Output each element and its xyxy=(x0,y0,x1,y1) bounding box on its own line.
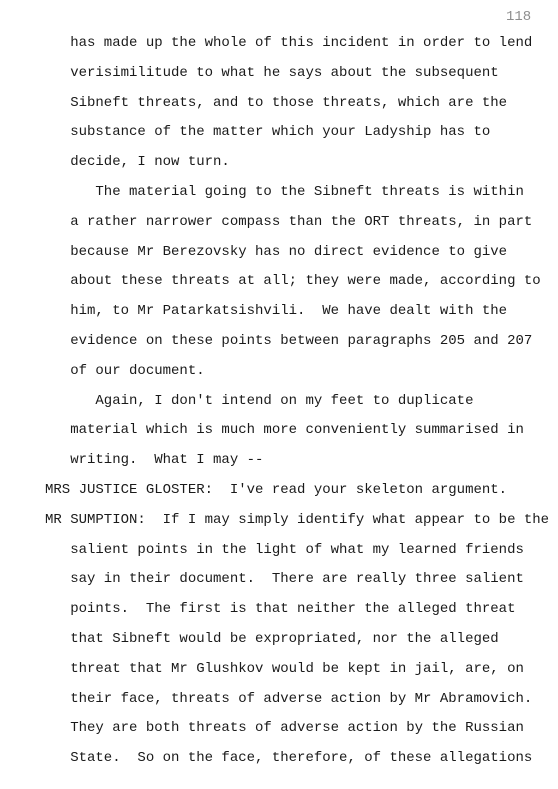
transcript-line: material which is much more conveniently… xyxy=(45,416,549,446)
transcript-line: salient points in the light of what my l… xyxy=(45,536,549,566)
transcript-line: They are both threats of adverse action … xyxy=(45,714,549,744)
transcript-line: because Mr Berezovsky has no direct evid… xyxy=(45,238,549,268)
transcript-line: a rather narrower compass than the ORT t… xyxy=(45,208,549,238)
transcript-line: their face, threats of adverse action by… xyxy=(45,685,549,715)
transcript-line: has made up the whole of this incident i… xyxy=(45,29,549,59)
transcript-line: that Sibneft would be expropriated, nor … xyxy=(45,625,549,655)
transcript-line: State. So on the face, therefore, of the… xyxy=(45,744,549,774)
transcript-line: writing. What I may -- xyxy=(45,446,549,476)
transcript-line: verisimilitude to what he says about the… xyxy=(45,59,549,89)
transcript-line: Sibneft threats, and to those threats, w… xyxy=(45,89,549,119)
transcript-text: has made up the whole of this incident i… xyxy=(45,29,549,774)
transcript-line: about these threats at all; they were ma… xyxy=(45,267,549,297)
transcript-line: decide, I now turn. xyxy=(45,148,549,178)
transcript-line: of our document. xyxy=(45,357,549,387)
transcript-line: The material going to the Sibneft threat… xyxy=(45,178,549,208)
transcript-line: evidence on these points between paragra… xyxy=(45,327,549,357)
transcript-line: points. The first is that neither the al… xyxy=(45,595,549,625)
transcript-line: threat that Mr Glushkov would be kept in… xyxy=(45,655,549,685)
transcript-line: Again, I don't intend on my feet to dupl… xyxy=(45,387,549,417)
transcript-line: MR SUMPTION: If I may simply identify wh… xyxy=(45,506,549,536)
page-number: 118 xyxy=(506,9,531,25)
transcript-page: 118 has made up the whole of this incide… xyxy=(0,0,558,789)
transcript-line: say in their document. There are really … xyxy=(45,565,549,595)
transcript-line: MRS JUSTICE GLOSTER: I've read your skel… xyxy=(45,476,549,506)
transcript-line: him, to Mr Patarkatsishvili. We have dea… xyxy=(45,297,549,327)
transcript-line: substance of the matter which your Ladys… xyxy=(45,118,549,148)
